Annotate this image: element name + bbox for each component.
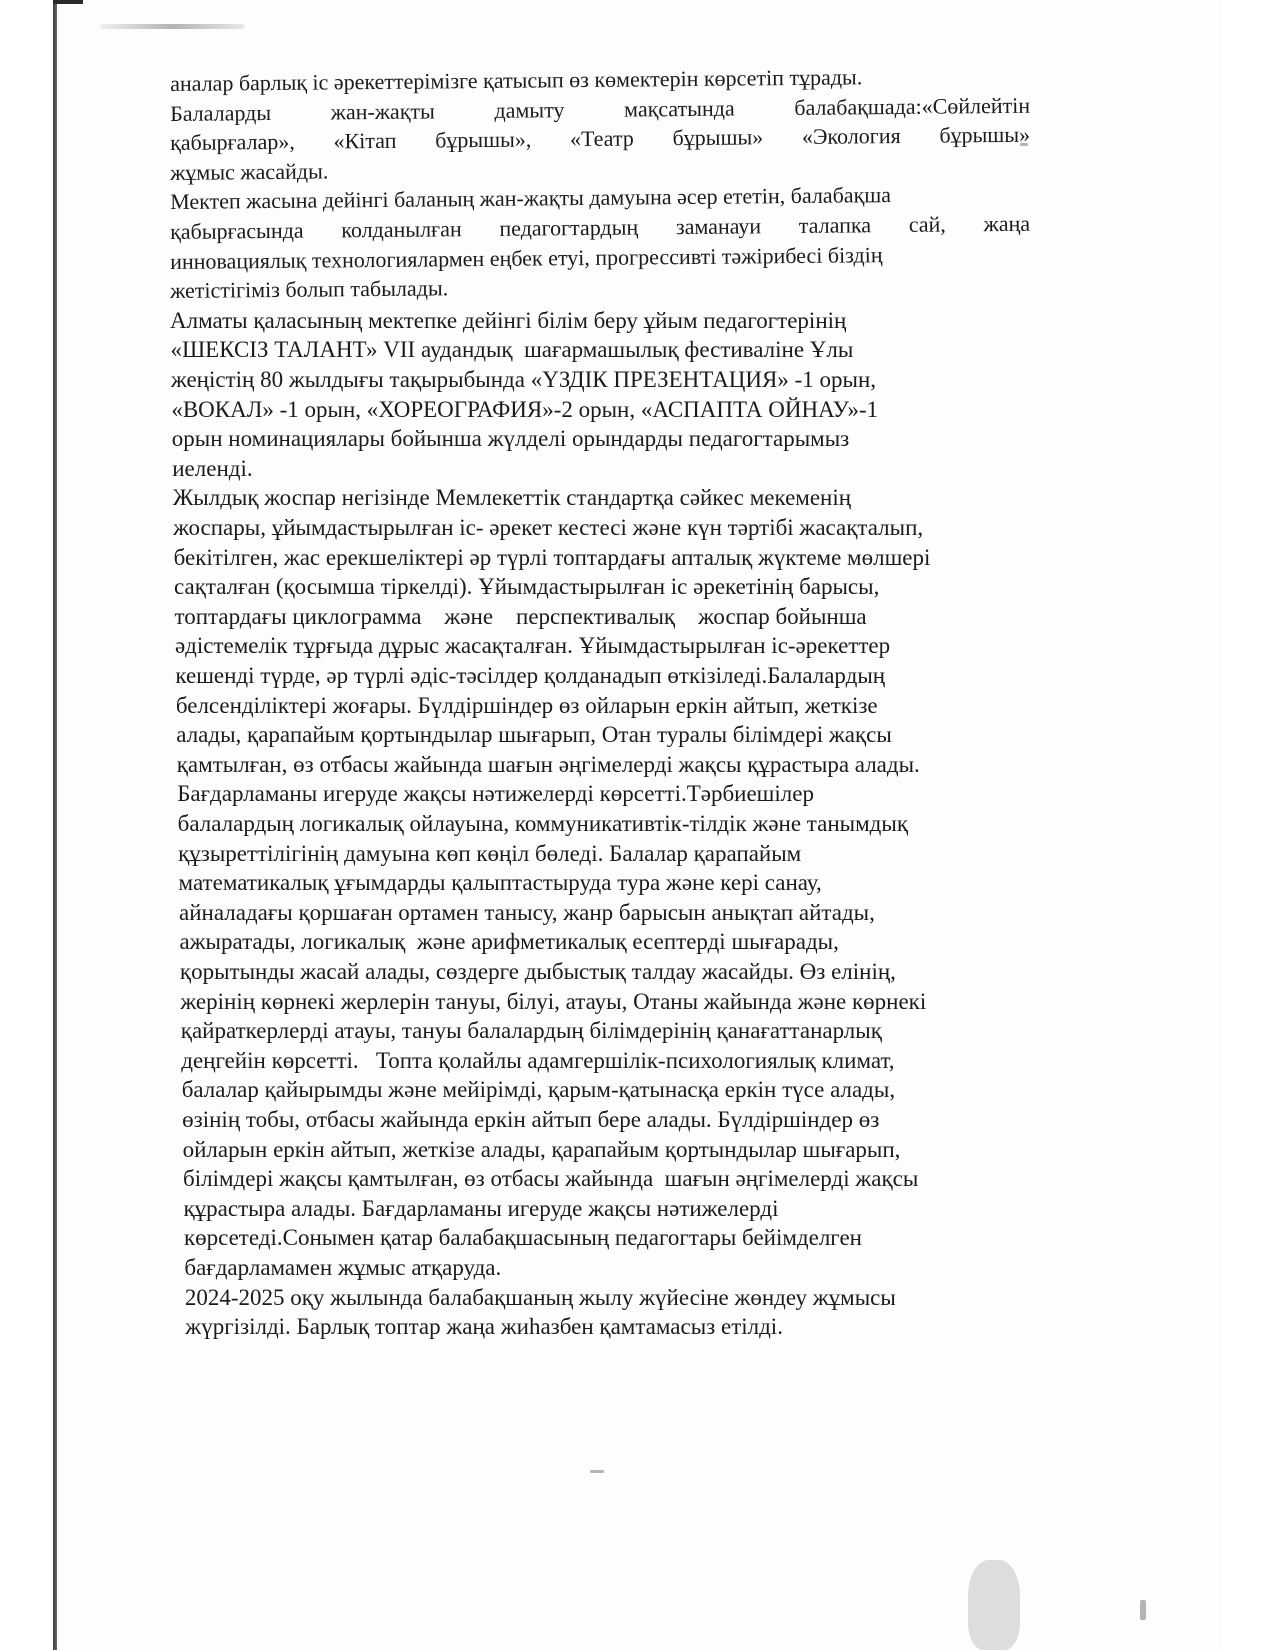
- text-line: балалар қайырымды және мейірімді, қарым-…: [182, 1076, 895, 1104]
- text-line: жерінің көрнекі жерлерін тануы, білуі, а…: [180, 988, 926, 1016]
- text-line: жоспары, ұйымдастырылған іс- әрекет кест…: [173, 514, 923, 542]
- text-line: Бағдарламаны игеруде жақсы нәтижелерді к…: [177, 780, 814, 808]
- text-line: қайраткерлерді атауы, тануы балалардың б…: [181, 1017, 882, 1045]
- text-line: «ВОКАЛ» -1 орын, «ХОРЕОГРАФИЯ»-2 орын, «…: [171, 396, 878, 424]
- text-line: бағдарламамен жұмыс атқаруда.: [184, 1254, 501, 1282]
- scan-speck: [590, 1470, 604, 1473]
- scan-smudge: [968, 1560, 1020, 1650]
- text-line: Жылдық жоспар негізінде Мемлекеттік стан…: [173, 484, 851, 512]
- text-line: бекітілген, жас ерекшеліктері әр түрлі т…: [174, 544, 931, 572]
- text-line: орын номинациялары бойынша жүлделі орынд…: [172, 425, 849, 453]
- text-line: иеленді.: [172, 455, 252, 483]
- text-line: әдістемелік тұрғыда дұрыс жасақталған. Ұ…: [175, 632, 890, 660]
- text-line: қамтылған, өз отбасы жайында шағын әңгім…: [177, 751, 920, 779]
- text-line: құрастыра алады. Бағдарламаны игеруде жа…: [184, 1195, 779, 1223]
- text-line: деңгейін көрсетті. Топта қолайлы адамгер…: [181, 1047, 894, 1075]
- scan-corner-mark: [53, 0, 83, 4]
- text-line: жетістігіміз болып табылады.: [170, 275, 448, 306]
- text-line: жұмыс жасайды.: [170, 157, 328, 187]
- text-line: білімдері жақсы қамтылған, өз отбасы жай…: [183, 1165, 918, 1193]
- text-line: Алматы қаласының мектепке дейінгі білім …: [170, 307, 846, 335]
- text-line: белсенділіктері жоғары. Бүлдіршіндер өз …: [176, 692, 878, 720]
- text-line: алады, қарапайым қортындылар шығарып, От…: [176, 721, 892, 749]
- text-line: топтардағы циклограмма және перспективал…: [175, 603, 867, 631]
- text-line: жүргізілді. Барлық топтар жаңа жиһазбен …: [185, 1313, 783, 1341]
- text-line: математикалық ұғымдарды қалыптастыруда т…: [179, 869, 822, 897]
- text-line: «ШЕКСІЗ ТАЛАНТ» VII аудандық шағармашылы…: [170, 336, 853, 364]
- scan-left-border: [53, 0, 57, 1650]
- text-line: қорытынды жасай алады, сөздерге дыбыстық…: [180, 958, 896, 986]
- text-line: көрсетеді.Сонымен қатар балабақшасының п…: [184, 1224, 862, 1252]
- text-line: айналадағы қоршаған ортамен танысу, жанр…: [179, 899, 875, 927]
- scan-speck: [1140, 1600, 1146, 1620]
- text-line: ажыратады, логикалық және арифметикалық …: [179, 928, 838, 956]
- text-line: 2024-2025 оқу жылында балабақшаның жылу …: [185, 1284, 896, 1312]
- text-line: жеңістің 80 жылдығы тақырыбында «ҮЗДІК П…: [171, 366, 876, 394]
- text-line: өзінің тобы, отбасы жайында еркін айтып …: [182, 1106, 879, 1134]
- scan-smudge: [100, 24, 245, 29]
- text-line: кешенді түрде, әр түрлі әдіс-тәсілдер қо…: [175, 662, 885, 690]
- text-line: балалардың логикалық ойлауына, коммуника…: [178, 810, 908, 838]
- text-line: ойларын еркін айтып, жеткізе алады, қара…: [183, 1136, 901, 1164]
- text-line: сақталған (қосымша тіркелді). Ұйымдастыр…: [174, 573, 879, 601]
- text-line: құзыреттілігінің дамуына көп көңіл бөлед…: [178, 840, 801, 868]
